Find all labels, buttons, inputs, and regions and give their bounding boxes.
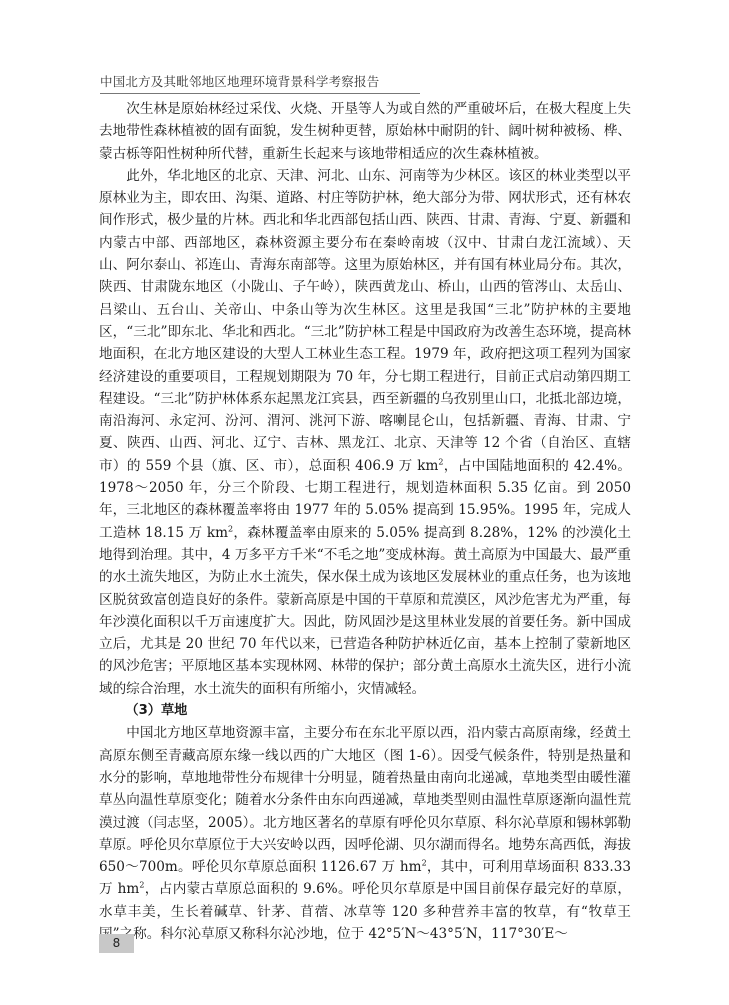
paragraph-secondary-forest: 次生林是原始林经过采伐、火烧、开垦等人为或自然的严重破坏后，在极大程度上失去地带… (99, 98, 631, 165)
paragraph-three-north-shelterbelt: 此外，华北地区的北京、天津、河北、山东、河南等为少林区。该区的林业类型以平原林业… (99, 165, 631, 700)
text-segment: ，占内蒙古草原总面积的 9.6%。呼伦贝尔草原是中国目前保存最完好的草原，水草丰… (99, 881, 631, 942)
section-heading-grassland: （3）草地 (99, 700, 631, 722)
paragraph-grassland: 中国北方地区草地资源丰富，主要分布在东北平原以西，沿内蒙古高原南缘，经黄土高原东… (99, 722, 631, 945)
text-segment: 此外，华北地区的北京、天津、河北、山东、河南等为少林区。该区的林业类型以平原林业… (99, 168, 631, 474)
text-segment: ，森林覆盖率由原来的 5.05% 提高到 8.28%，12% 的沙漠化土地得到治… (99, 525, 631, 697)
text-segment: 中国北方地区草地资源丰富，主要分布在东北平原以西，沿内蒙古高原南缘，经黄土高原东… (99, 725, 631, 875)
running-header: 中国北方及其毗邻地区地理环境背景科学考察报告 (100, 72, 420, 94)
body-text: 次生林是原始林经过采伐、火烧、开垦等人为或自然的严重破坏后，在极大程度上失去地带… (99, 98, 631, 945)
page-number: 8 (99, 934, 134, 953)
